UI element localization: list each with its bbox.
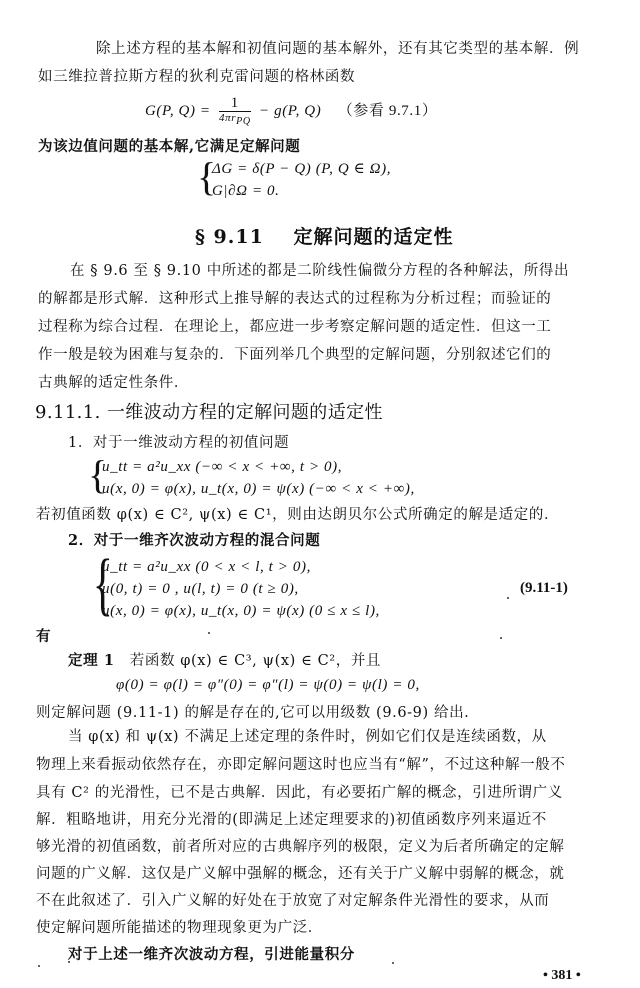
theorem-conclusion: 则定解问题 (9.11-1) 的解是存在的,它可以用级数 (9.6-9) 给出. xyxy=(36,704,469,722)
scan-speck xyxy=(68,961,70,963)
item-1-conclusion: 若初值函数 φ(x) ∈ C², ψ(x) ∈ C¹，则由达朗贝尔公式所确定的解… xyxy=(36,506,559,524)
green-function-formula: G(P, Q) = 1 4πrPQ − g(P, Q) （参看 9.7.1） xyxy=(145,94,437,128)
subsection-number: 9.11.1. xyxy=(35,402,101,423)
theorem-statement: 若函数 φ(x) ∈ C³, ψ(x) ∈ C²，并且 xyxy=(130,653,381,669)
theorem-label: 定理 1 xyxy=(68,652,115,669)
formula-lhs: G(P, Q) = xyxy=(145,103,211,119)
fraction-denominator: 4πrPQ xyxy=(219,112,251,128)
section-body-line: 作一般是较为困难与复杂的．下面列举几个典型的定解问题，分别叙述它们的 xyxy=(38,346,551,364)
formula-rhs: − g(P, Q) xyxy=(259,103,321,119)
intro-line-1: 除上述方程的基本解和初值问题的基本解外，还有其它类型的基本解．例 xyxy=(96,40,579,58)
section-body-line: 在 § 9.6 至 § 9.10 中所述的都是二阶线性偏微分方程的各种解法，所得… xyxy=(70,262,569,280)
paragraph-line: 物理上来看振动依然存在，亦即定解问题这时也应当有“解”，不过这种解一般不 xyxy=(36,756,565,774)
system-eq-1: ΔG = δ(P − Q) (P, Q ∈ Ω), xyxy=(212,160,391,178)
section-body-line: 古典解的适定性条件． xyxy=(38,374,189,392)
system-eq-2: G|∂Ω = 0. xyxy=(212,182,280,200)
equation-number: (9.11-1) xyxy=(520,580,568,597)
paragraph-line: 够光滑的初值函数，前者所对应的古典解序列的极限，定义为后者所确定的定解 xyxy=(36,838,565,856)
scan-speck xyxy=(507,597,509,599)
paragraph-line: 问题的广义解．这仅是广义解中强解的概念，还有关于广义解中弱解的概念，就 xyxy=(36,865,565,883)
intro-line-3: 为该边值问题的基本解,它满足定解问题 xyxy=(38,138,300,156)
energy-integral-line: 对于上述一维齐次波动方程，引进能量积分 xyxy=(68,946,355,964)
item-1-eq-2: u(x, 0) = φ(x), u_t(x, 0) = ψ(x) (−∞ < x… xyxy=(102,480,415,498)
scan-speck xyxy=(500,637,502,639)
denominator-subscript: PQ xyxy=(236,116,251,127)
scan-speck xyxy=(392,962,394,964)
section-body-line: 的解都是形式解．这种形式上推导解的表达式的过程称为分析过程；而验证的 xyxy=(38,290,551,308)
formula-reference: （参看 9.7.1） xyxy=(338,103,438,119)
paragraph-line: 当 φ(x) 和 ψ(x) 不满足上述定理的条件时，例如它们仅是连续函数，从 xyxy=(68,728,547,746)
section-number: § 9.11 xyxy=(195,226,264,248)
item-1-label: 1．对于一维波动方程的初值问题 xyxy=(68,434,289,452)
fraction-numerator: 1 xyxy=(219,95,251,112)
item-2-after: 有 xyxy=(36,628,51,646)
item-1-eq-1: u_tt = a²u_xx (−∞ < x < +∞, t > 0), xyxy=(102,458,342,476)
subsection-heading: 9.11.1. 一维波动方程的定解问题的适定性 xyxy=(35,398,383,424)
item-2-eq-2: u(0, t) = 0 , u(l, t) = 0 (t ≥ 0), xyxy=(102,580,299,598)
item-2-eq-1: u_tt = a²u_xx (0 < x < l, t > 0), xyxy=(102,558,311,576)
page-number: • 381 • xyxy=(543,968,581,984)
paragraph-line: 不在此叙述了．引入广义解的好处在于放宽了对定解条件光滑性的要求，从而 xyxy=(36,892,549,910)
intro-line-2: 如三维拉普拉斯方程的狄利克雷问题的格林函数 xyxy=(38,68,355,86)
item-2-eq-3: u(x, 0) = φ(x), u_t(x, 0) = ψ(x) (0 ≤ x … xyxy=(102,602,380,620)
section-title: 定解问题的适定性 xyxy=(293,226,453,248)
fraction: 1 4πrPQ xyxy=(219,95,251,128)
paragraph-line: 解．粗略地讲，用充分光滑的(即满足上述定理要求的)初值函数序列来逼近不 xyxy=(36,811,547,829)
theorem-condition: φ(0) = φ(l) = φ″(0) = φ″(l) = ψ(0) = ψ(l… xyxy=(116,676,420,694)
subsection-title: 一维波动方程的定解问题的适定性 xyxy=(107,402,383,423)
scan-speck xyxy=(208,632,210,634)
paragraph-line: 使定解问题所能描述的物理现象更为广泛． xyxy=(36,919,323,937)
section-heading: § 9.11 定解问题的适定性 xyxy=(195,222,453,249)
paragraph-line: 具有 C² 的光滑性，已不是古典解．因此，有必要拓广解的概念，引进所谓广义 xyxy=(36,784,563,802)
scan-speck xyxy=(38,965,40,967)
theorem-line: 定理 1 若函数 φ(x) ∈ C³, ψ(x) ∈ C²，并且 xyxy=(68,652,381,670)
denominator-text: 4πr xyxy=(219,112,236,124)
section-body-line: 过程称为综合过程．在理论上，都应进一步考察定解问题的适定性．但这一工 xyxy=(38,318,551,336)
